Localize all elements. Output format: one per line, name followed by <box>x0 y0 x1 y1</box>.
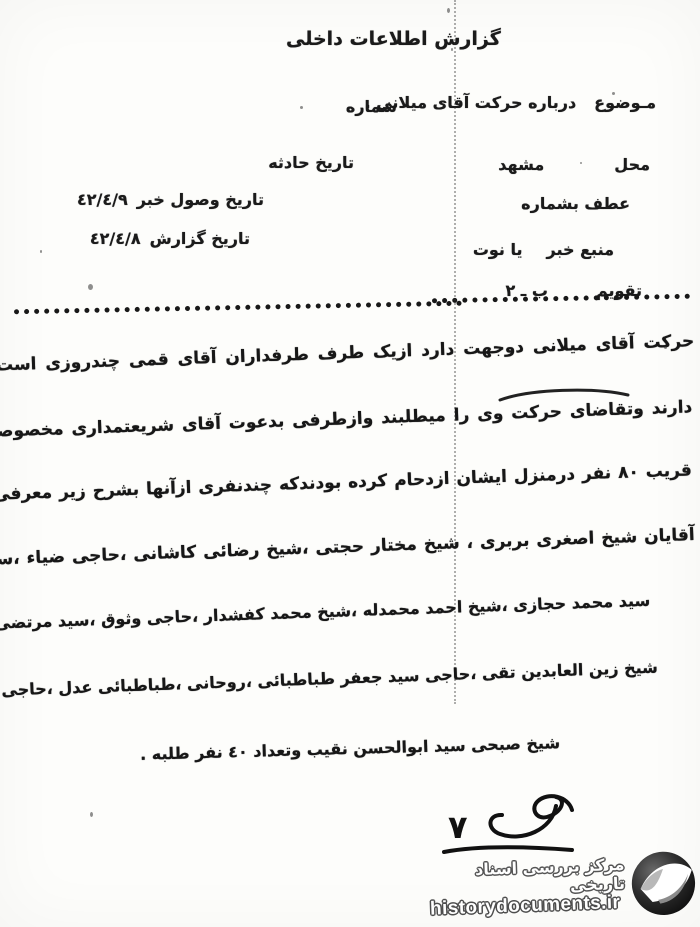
report-date-label: تاریخ گزارش <box>150 229 250 248</box>
paper-speck <box>447 8 450 13</box>
receipt-date-value: ٤٢/٤/٩ <box>77 190 128 209</box>
scanned-document-page: گزارش اطلاعات داخلی مـوضوع درباره حرکت آ… <box>0 0 700 927</box>
paper-speck <box>580 162 582 164</box>
paper-speck <box>88 284 93 290</box>
subject-label: مـوضوع <box>594 93 656 112</box>
watermark-text: مرکز بررسی اسناد تاریخی historydocuments… <box>423 854 626 920</box>
incident-date-label: تاریخ حادثه <box>268 153 354 172</box>
reference-row: عطف بشماره <box>521 194 630 213</box>
paper-speck <box>612 92 615 95</box>
news-source-label: منبع خبر <box>547 240 614 259</box>
body-line: حرکت آقای میلانی دوجهت دارد ازیک طرف طرف… <box>0 331 694 381</box>
receipt-date-label: تاریخ وصول خبر <box>137 190 264 209</box>
paper-speck <box>90 812 93 817</box>
number-row: شماره <box>346 97 397 116</box>
paper-speck <box>664 346 667 349</box>
body-line: سید محمد حجازی ،شیخ احمد محمدله ،شیخ محم… <box>0 591 650 640</box>
incident-date-row: تاریخ حادثه <box>268 153 354 172</box>
subject-row: مـوضوع درباره حرکت آقای میلانی . <box>365 93 656 112</box>
news-source-value: یا نوت <box>473 240 523 259</box>
signature-number: ٧ <box>448 808 468 846</box>
document-title: گزارش اطلاعات داخلی <box>286 28 501 50</box>
paper-speck <box>40 250 42 253</box>
location-label: محل <box>614 155 650 174</box>
body-line: شیخ زین العابدین تقی ،حاجی سید جعفر طباط… <box>0 658 658 704</box>
location-value: مشهد <box>498 155 544 174</box>
separator-dashed-line <box>432 294 690 304</box>
reference-label: عطف بشماره <box>521 194 630 213</box>
body-line: دارند وتقاضای حرکت وی را میطلبند وازطرفی… <box>0 397 692 446</box>
report-date-value: ٤٢/٤/٨ <box>90 229 141 248</box>
body-line: قریب ٨٠ نفر درمنزل ایشان ازدحام کرده بود… <box>0 460 692 507</box>
paper-speck <box>300 106 303 109</box>
report-date-row: تاریخ گزارش ٤٢/٤/٨ <box>90 229 250 248</box>
number-label: شماره <box>346 97 397 116</box>
separator-dashed-line <box>14 301 462 315</box>
news-source-row: منبع خبر یا نوت <box>473 240 614 259</box>
watermark: مرکز بررسی اسناد تاریخی historydocuments… <box>423 844 699 927</box>
location-row: محل مشهد <box>498 155 650 174</box>
body-line: شیخ صبحی سید ابوالحسن نقیب وتعداد ٤٠ نفر… <box>140 733 561 764</box>
watermark-logo-icon <box>628 845 699 919</box>
paper-speck <box>451 48 453 51</box>
receipt-date-row: تاریخ وصول خبر ٤٢/٤/٩ <box>77 190 264 209</box>
body-line: آقایان شیخ اصغری بربری ، شیخ مختار حجتی … <box>0 525 695 575</box>
